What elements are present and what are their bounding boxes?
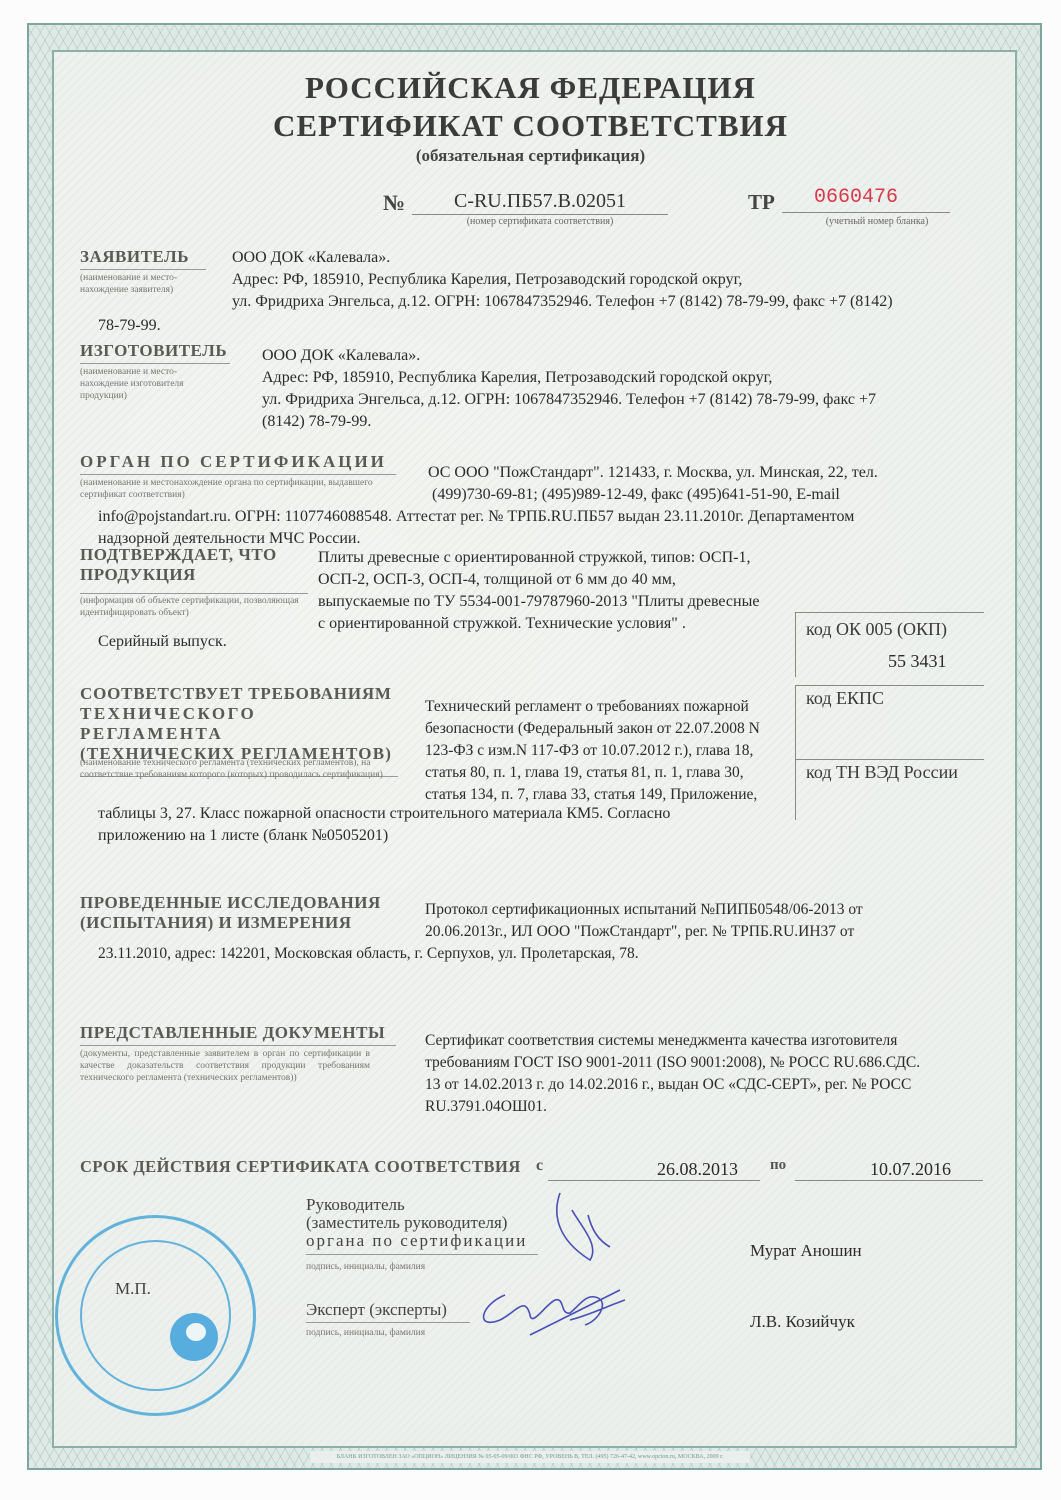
certification-body-accreditation: info@pojstandart.ru. ОГРН: 1107746088548… [98, 506, 854, 550]
okp-code-box: код ОК 005 (ОКП) 55 3431 [795, 612, 984, 677]
head-signature-icon [550, 1185, 620, 1270]
expert-signature-icon [470, 1275, 650, 1345]
blank-serial-caption: (учетный номер бланка) [782, 216, 972, 227]
certification-body-details: ОС ООО "ПожСтандарт". 121433, г. Москва,… [428, 462, 878, 506]
blank-serial-number: 0660476 [782, 186, 950, 213]
seal-placeholder-label: М.П. [115, 1279, 151, 1299]
validity-from-date: 26.08.2013 [548, 1159, 760, 1181]
expert-signature-caption: подпись, инициалы, фамилия [306, 1327, 425, 1339]
manufacturer-label: ИЗГОТОВИТЕЛЬ [80, 341, 230, 364]
tests-lab-address: 23.11.2010, адрес: 142201, Московская об… [98, 943, 639, 965]
certificate-number: C-RU.ПБ57.В.02051 [412, 190, 668, 215]
okp-code-value: 55 3431 [888, 651, 947, 672]
certification-body-label: ОРГАН ПО СЕРТИФИКАЦИИ [80, 452, 396, 475]
head-signature-caption: подпись, инициалы, фамилия [306, 1261, 425, 1273]
certificate-number-caption: (номер сертификата соответствия) [412, 216, 668, 227]
expert-signature-label: Эксперт (эксперты) [306, 1300, 470, 1323]
applicant-caption: (наименование и место-нахождение заявите… [80, 272, 210, 296]
ekps-code-label: код ЕКПС [806, 688, 884, 709]
tnved-code-label: код ТН ВЭД России [806, 762, 958, 783]
country-heading: РОССИЙСКАЯ ФЕДЕРАЦИЯ [0, 70, 1061, 106]
validity-to-date: 10.07.2016 [795, 1159, 983, 1181]
product-caption: (информация об объекте сертификации, поз… [80, 595, 305, 619]
seal-logo-icon [170, 1313, 218, 1361]
manufacturer-details: ООО ДОК «Калевала». Адрес: РФ, 185910, Р… [262, 345, 876, 433]
product-description: Плиты древесные с ориентированной стружк… [318, 547, 759, 635]
applicant-label: ЗАЯВИТЕЛЬ [80, 247, 206, 270]
product-label: ПОДТВЕРЖДАЕТ, ЧТО ПРОДУКЦИЯ [80, 545, 308, 594]
certificate-title: СЕРТИФИКАТ СООТВЕТСТВИЯ [0, 108, 1061, 144]
number-label: № [383, 190, 405, 216]
ekps-code-box: код ЕКПС [795, 685, 984, 760]
certificate-subtitle: (обязательная сертификация) [0, 146, 1061, 166]
conformity-caption: (наименование технического регламента (т… [80, 757, 398, 781]
tests-protocol: Протокол сертификационных испытаний №ПИП… [425, 899, 863, 943]
documents-list: Сертификат соответствия системы менеджме… [425, 1030, 920, 1118]
documents-caption: (документы, представленные заявителем в … [80, 1048, 370, 1084]
tnved-code-box: код ТН ВЭД России [795, 759, 984, 820]
applicant-fax-tail: 78-79-99. [98, 315, 161, 337]
tr-label: ТР [748, 190, 775, 215]
expert-name: Л.В. Козийчук [750, 1311, 855, 1333]
documents-label: ПРЕДСТАВЛЕННЫЕ ДОКУМЕНТЫ [80, 1023, 396, 1046]
conformity-regulation: Технический регламент о требованиях пожа… [425, 696, 760, 806]
okp-code-label: код ОК 005 (ОКП) [806, 619, 947, 640]
product-serial-release: Серийный выпуск. [98, 631, 227, 653]
seal-stamp-icon [55, 1215, 256, 1416]
head-signature-label: Руководитель (заместитель руководителя) … [306, 1196, 538, 1255]
validity-label: СРОК ДЕЙСТВИЯ СЕРТИФИКАТА СООТВЕТСТВИЯ [80, 1157, 521, 1177]
printer-imprint: БЛАНК ИЗГОТОВЛЕН ЗАО «ОПЦИОН» ЛИЦЕНЗИЯ №… [310, 1451, 750, 1463]
applicant-details: ООО ДОК «Калевала». Адрес: РФ, 185910, Р… [232, 247, 893, 313]
head-name: Мурат Аношин [750, 1240, 862, 1262]
tests-label: ПРОВЕДЕННЫЕ ИССЛЕДОВАНИЯ (ИСПЫТАНИЯ) И И… [80, 893, 381, 933]
manufacturer-caption: (наименование и место-нахождение изготов… [80, 366, 205, 402]
conformity-details-tail: таблицы 3, 27. Класс пожарной опасности … [98, 803, 670, 847]
validity-to-label: по [770, 1157, 786, 1174]
certification-body-caption: (наименование и местонахождение органа п… [80, 477, 400, 501]
validity-from-label: с [536, 1157, 543, 1175]
